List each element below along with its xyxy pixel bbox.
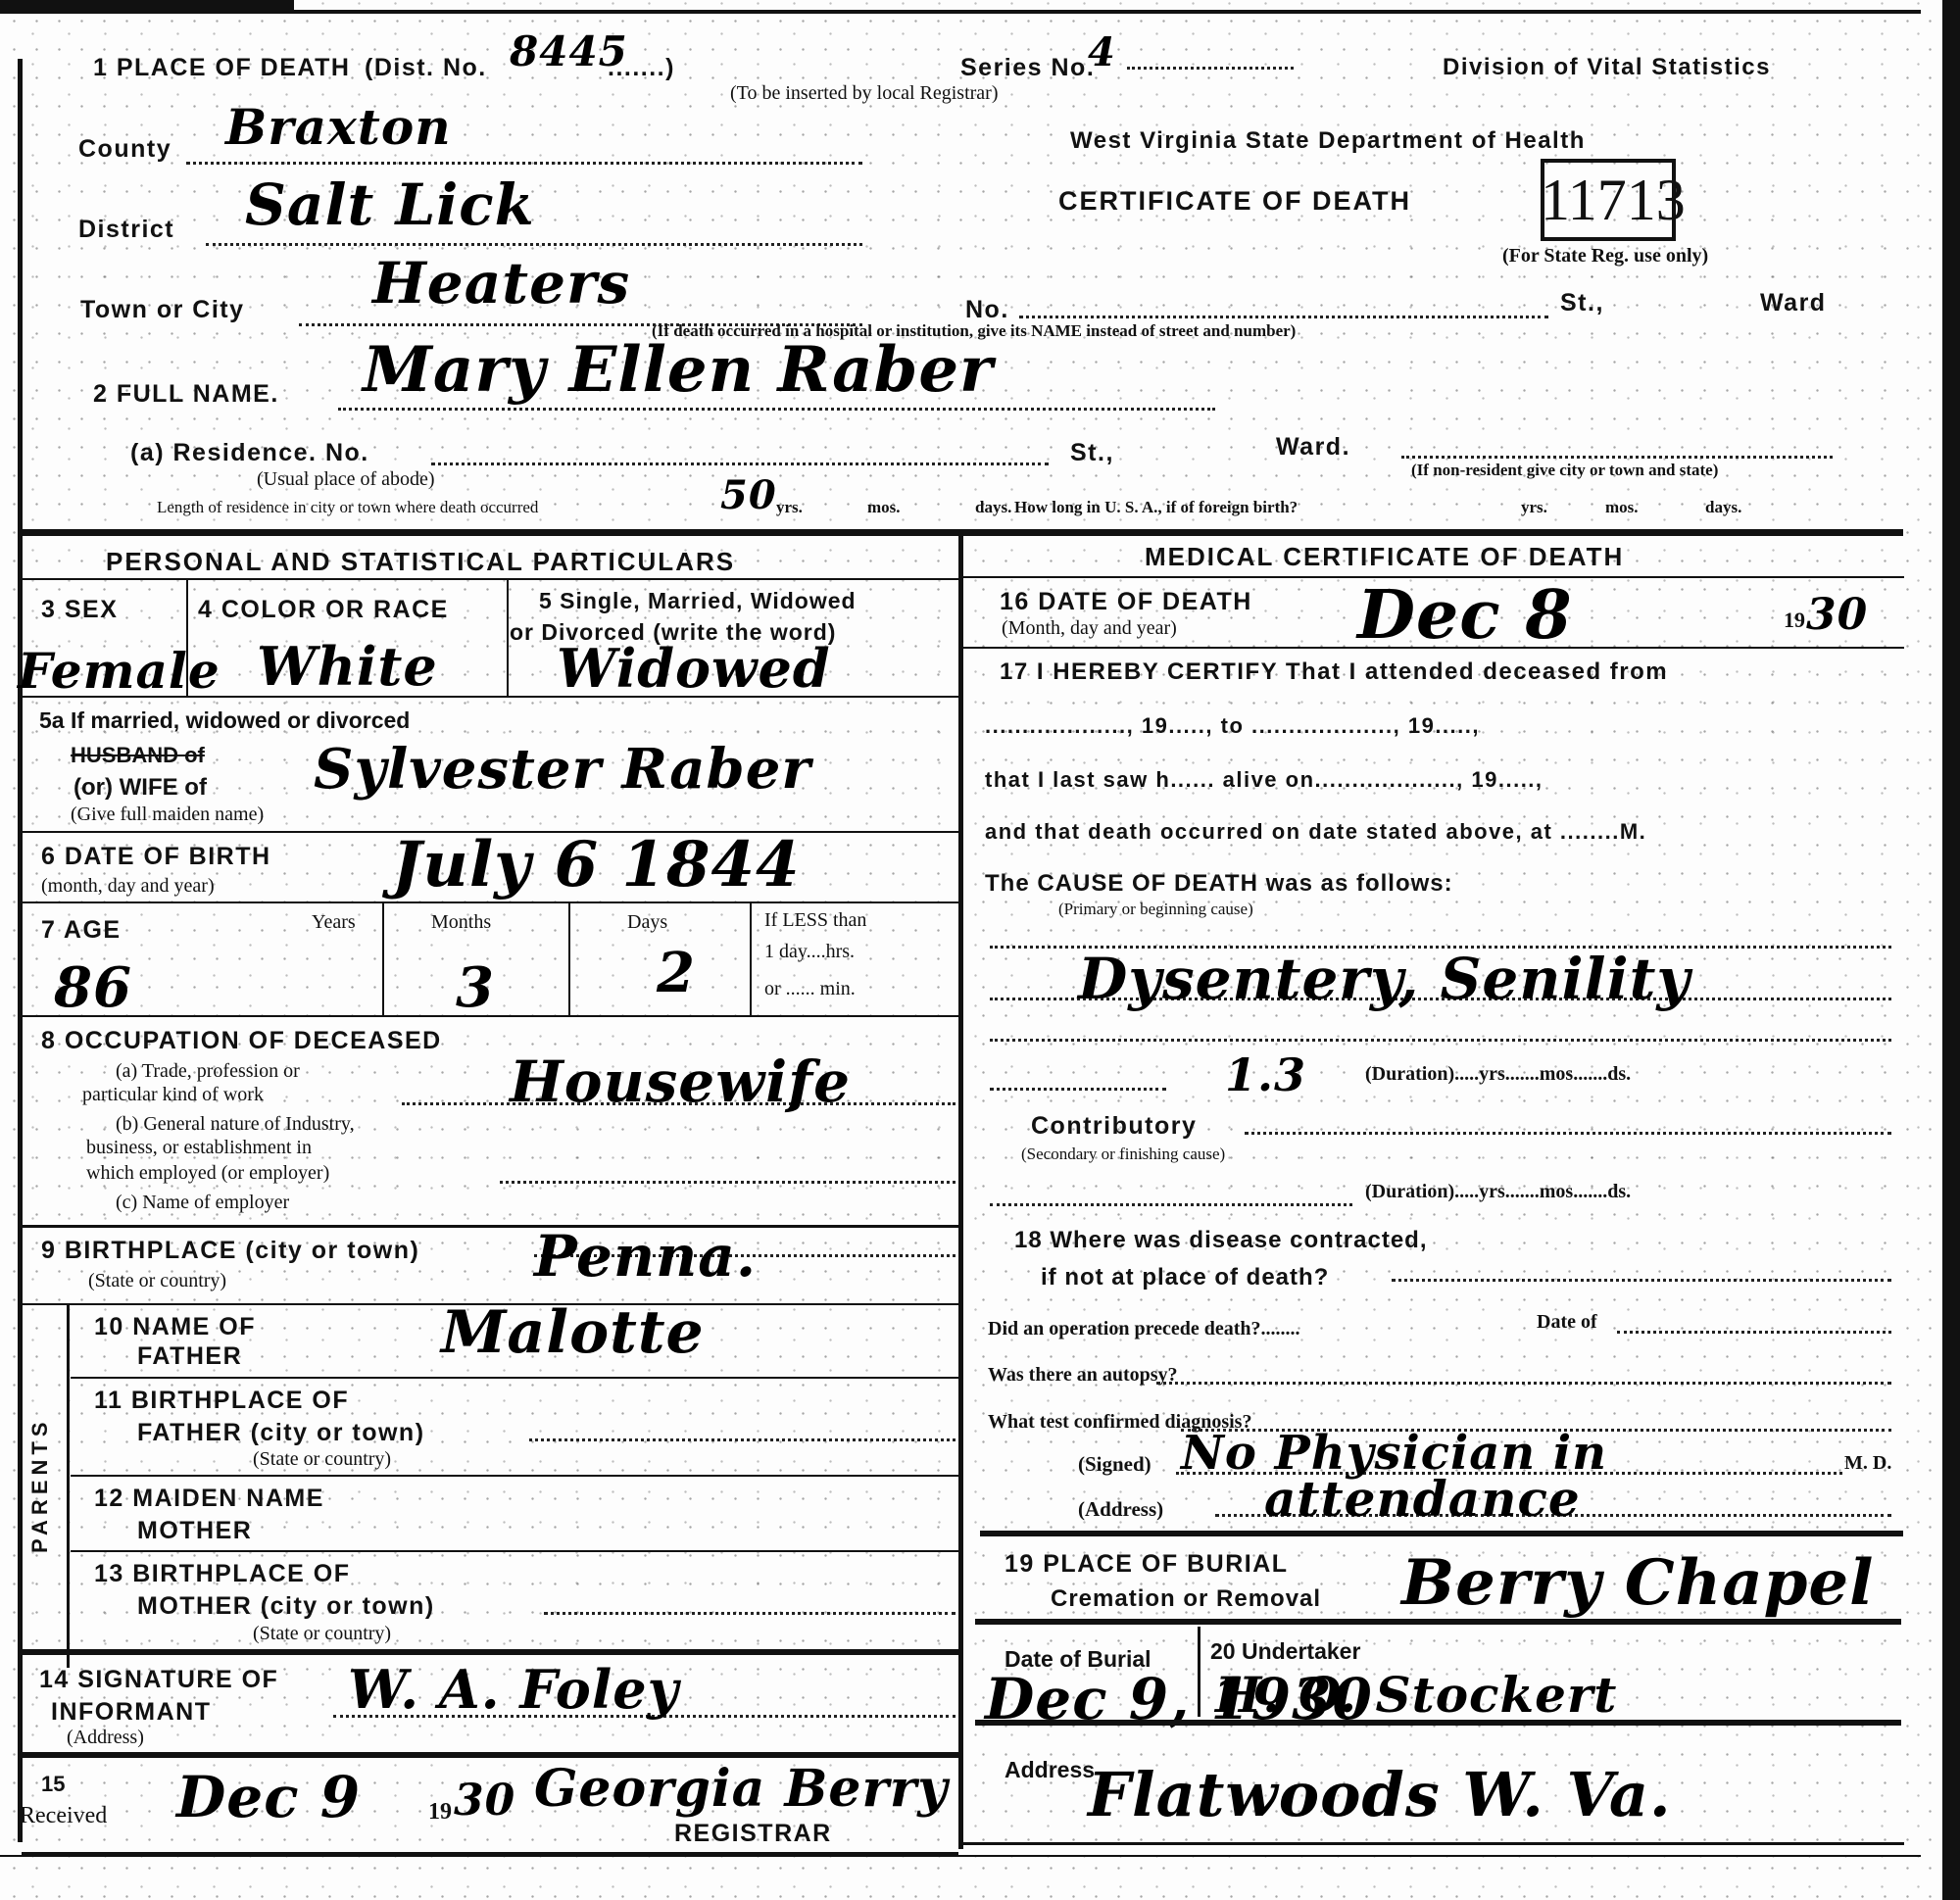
age-days-value: 2 bbox=[657, 941, 696, 1005]
burial-label-1: 19 PLACE OF BURIAL bbox=[1004, 1550, 1289, 1579]
full-name-dots bbox=[338, 408, 1215, 411]
birthplace-value: Penna. bbox=[534, 1223, 757, 1290]
md-label: M. D. bbox=[1844, 1452, 1891, 1475]
medical-section-title: MEDICAL CERTIFICATE OF DEATH bbox=[1145, 542, 1624, 572]
county-dots bbox=[186, 162, 862, 165]
spouse-label-1: 5a If married, widowed or divorced bbox=[39, 707, 410, 734]
center-divider bbox=[958, 536, 963, 1849]
length-residence-label: Length of residence in city or town wher… bbox=[157, 498, 538, 517]
address-label: (Address) bbox=[1078, 1497, 1163, 1522]
birthplace-label: 9 BIRTHPLACE (city or town) bbox=[41, 1237, 419, 1265]
series-dots bbox=[1127, 67, 1294, 70]
mother-bp-dots bbox=[544, 1612, 955, 1615]
rule-heavy bbox=[22, 1752, 958, 1758]
mother-bp-label-2: MOTHER (city or town) bbox=[137, 1592, 435, 1621]
contributory-label: Contributory bbox=[1031, 1112, 1197, 1141]
col-divider bbox=[568, 903, 570, 1016]
less-label-2: 1 day....hrs. bbox=[764, 941, 855, 963]
town-value: Heaters bbox=[372, 250, 630, 317]
burial-value: Berry Chapel bbox=[1401, 1546, 1874, 1620]
length-yrs-label: yrs. bbox=[776, 498, 803, 517]
certify-line-3: that I last saw h...... alive on........… bbox=[985, 767, 1543, 793]
certify-line-2: ..................., 19....., to .......… bbox=[985, 713, 1480, 739]
col-divider bbox=[507, 580, 509, 696]
received-label: Received bbox=[20, 1803, 107, 1829]
birthplace-sub: (State or country) bbox=[88, 1270, 226, 1292]
registrar-note: (To be inserted by local Registrar) bbox=[730, 82, 999, 105]
spouse-label-4: (Give full maiden name) bbox=[71, 804, 264, 826]
mother-bp-label-1: 13 BIRTHPLACE OF bbox=[94, 1560, 351, 1588]
occupation-value: Housewife bbox=[510, 1048, 851, 1115]
marital-label-1: 5 Single, Married, Widowed bbox=[539, 588, 857, 614]
marital-value: Widowed bbox=[557, 637, 831, 700]
dist-no-close: .......) bbox=[608, 54, 675, 82]
certificate-number: 11713 bbox=[1541, 163, 1678, 237]
father-bp-label-2: FATHER (city or town) bbox=[137, 1419, 425, 1447]
county-value: Braxton bbox=[225, 98, 452, 156]
dist-no-label: (Dist. No. bbox=[365, 54, 487, 82]
burial-label-2: Cremation or Removal bbox=[1051, 1585, 1321, 1613]
father-bp-sub: (State or country) bbox=[253, 1448, 391, 1471]
informant-value: W. A. Foley bbox=[348, 1658, 679, 1721]
spouse-value: Sylvester Raber bbox=[314, 737, 811, 802]
duration-label: (Duration).....yrs.......mos.......ds. bbox=[1365, 1063, 1631, 1086]
usa-label: How long in U. S. A., if of foreign birt… bbox=[1014, 498, 1298, 517]
usa-mos-label: mos. bbox=[1605, 498, 1639, 517]
occupation-b-1: (b) General nature of Industry, bbox=[116, 1113, 355, 1136]
rule-heavy bbox=[980, 1531, 1903, 1536]
duration-value: 1.3 bbox=[1225, 1048, 1306, 1101]
scan-edge-top bbox=[0, 0, 294, 10]
signed-label: (Signed) bbox=[1078, 1452, 1151, 1477]
father-name-value: Malotte bbox=[441, 1298, 705, 1367]
rule bbox=[22, 901, 958, 903]
dob-label: 6 DATE OF BIRTH bbox=[41, 843, 271, 871]
occupation-c: (c) Name of employer bbox=[116, 1192, 289, 1214]
contracted-label-2: if not at place of death? bbox=[1041, 1264, 1329, 1291]
left-border bbox=[18, 59, 23, 1842]
spouse-label-2: HUSBAND of bbox=[71, 743, 205, 768]
undertaker-label: 20 Undertaker bbox=[1210, 1638, 1360, 1665]
usa-yrs-label: yrs. bbox=[1521, 498, 1547, 517]
district-value: Salt Lick bbox=[245, 171, 535, 238]
rule bbox=[963, 1842, 1904, 1845]
division-title: Division of Vital Statistics bbox=[1443, 54, 1771, 81]
residence-ward-label: Ward. bbox=[1276, 433, 1350, 462]
father-name-label-2: FATHER bbox=[137, 1342, 242, 1371]
age-years-value: 86 bbox=[54, 955, 132, 1020]
duration2-label: (Duration).....yrs.......mos.......ds. bbox=[1365, 1181, 1631, 1203]
undertaker-address-label: Address bbox=[1004, 1757, 1095, 1783]
rule-heavy bbox=[22, 1649, 958, 1655]
race-label: 4 COLOR OR RACE bbox=[198, 596, 449, 624]
received-year-prefix: 19 bbox=[428, 1799, 452, 1826]
autopsy-label: Was there an autopsy? bbox=[988, 1364, 1178, 1387]
received-year: 30 bbox=[454, 1776, 515, 1826]
usa-days-label: days. bbox=[1705, 498, 1741, 517]
dod-label: 16 DATE OF DEATH bbox=[1000, 588, 1252, 616]
series-label: Series No. bbox=[960, 54, 1095, 82]
dob-value: July 6 1844 bbox=[392, 828, 801, 901]
age-months-label: Months bbox=[431, 911, 491, 934]
death-certificate: 1 PLACE OF DEATH (Dist. No. 8445 .......… bbox=[0, 0, 1960, 1900]
rule bbox=[22, 1225, 958, 1228]
mother-name-label-1: 12 MAIDEN NAME bbox=[94, 1485, 324, 1513]
residence-label: (a) Residence. No. bbox=[130, 439, 369, 467]
length-days-label: days. bbox=[975, 498, 1011, 517]
top-rule bbox=[0, 10, 1921, 14]
rule bbox=[71, 1377, 958, 1379]
father-bp-dots bbox=[529, 1438, 955, 1441]
duration-dots bbox=[990, 1088, 1166, 1091]
bottom-rule bbox=[0, 1855, 1921, 1857]
undertaker-address-value: Flatwoods W. Va. bbox=[1088, 1759, 1672, 1830]
informant-label-2: INFORMANT bbox=[51, 1698, 211, 1727]
district-label: District bbox=[78, 216, 174, 244]
rule bbox=[22, 1015, 958, 1017]
operation-date-label: Date of bbox=[1537, 1311, 1597, 1334]
certify-line-1: 17 I HEREBY CERTIFY That I attended dece… bbox=[1000, 658, 1668, 686]
col-divider bbox=[750, 903, 752, 1016]
informant-label-1: 14 SIGNATURE OF bbox=[39, 1666, 278, 1694]
cause-dots-3 bbox=[990, 1039, 1891, 1042]
rule bbox=[22, 578, 958, 580]
address-st-label: St., bbox=[1560, 289, 1604, 317]
county-label: County bbox=[78, 135, 171, 164]
address-value: attendance bbox=[1264, 1470, 1581, 1528]
father-bp-label-1: 11 BIRTHPLACE OF bbox=[94, 1387, 349, 1415]
rule bbox=[71, 1550, 958, 1552]
age-label: 7 AGE bbox=[41, 916, 122, 945]
duration2-dots bbox=[990, 1203, 1352, 1206]
occupation-label: 8 OCCUPATION OF DECEASED bbox=[41, 1027, 442, 1055]
residence-ward-dots bbox=[1401, 456, 1833, 459]
rule bbox=[71, 1475, 958, 1477]
occupation-b-3: which employed (or employer) bbox=[86, 1162, 329, 1185]
race-value: White bbox=[257, 635, 438, 698]
col-divider bbox=[382, 903, 384, 1016]
rule bbox=[22, 696, 958, 698]
parents-label: PARENTS bbox=[27, 1418, 53, 1554]
dod-year-prefix: 19 bbox=[1784, 608, 1805, 633]
length-residence-years: 50 bbox=[720, 472, 777, 518]
sex-label: 3 SEX bbox=[41, 596, 118, 624]
section-rule bbox=[22, 529, 1903, 536]
contracted-dots bbox=[1392, 1279, 1891, 1282]
spouse-label-3: (or) WIFE of bbox=[73, 774, 207, 802]
department-title: West Virginia State Department of Health bbox=[1070, 127, 1586, 155]
sex-value: Female bbox=[18, 642, 220, 700]
contributory-dots bbox=[1245, 1132, 1891, 1135]
abode-note: (Usual place of abode) bbox=[257, 468, 435, 491]
less-label-3: or ...... min. bbox=[764, 978, 856, 1000]
dod-sub: (Month, day and year) bbox=[1002, 617, 1177, 640]
nonresident-note: (If non-resident give city or town and s… bbox=[1411, 461, 1718, 480]
mother-name-label-2: MOTHER bbox=[137, 1517, 252, 1545]
contracted-label-1: 18 Where was disease contracted, bbox=[1014, 1227, 1428, 1254]
cause-label: The CAUSE OF DEATH was as follows: bbox=[985, 870, 1453, 898]
item1-label: 1 PLACE OF DEATH bbox=[93, 54, 350, 82]
autopsy-dots bbox=[1156, 1382, 1891, 1385]
contributory-sub: (Secondary or finishing cause) bbox=[1021, 1145, 1225, 1164]
full-name-value: Mary Ellen Raber bbox=[363, 333, 994, 407]
district-dots bbox=[206, 243, 862, 246]
father-name-label-1: 10 NAME OF bbox=[94, 1313, 256, 1341]
certificate-title: CERTIFICATE OF DEATH bbox=[1058, 186, 1411, 217]
received-date: Dec 9 bbox=[176, 1764, 361, 1830]
occupation-a-2: particular kind of work bbox=[82, 1084, 264, 1106]
industry-dots bbox=[500, 1181, 955, 1184]
age-days-label: Days bbox=[627, 911, 667, 934]
occupation-a-1: (a) Trade, profession or bbox=[116, 1060, 300, 1083]
occupation-b-2: business, or establishment in bbox=[86, 1137, 312, 1159]
registrar-name: Georgia Berry bbox=[534, 1759, 949, 1819]
series-value: 4 bbox=[1088, 29, 1116, 75]
address-no-dots bbox=[1019, 316, 1548, 318]
address-ward-label: Ward bbox=[1760, 289, 1827, 317]
mother-bp-sub: (State or country) bbox=[253, 1623, 391, 1645]
town-label: Town or City bbox=[80, 296, 245, 324]
cause-value: Dysentery, Senility bbox=[1078, 946, 1690, 1012]
state-use-note: (For State Reg. use only) bbox=[1502, 245, 1708, 268]
length-mos-label: mos. bbox=[867, 498, 901, 517]
rule bbox=[963, 647, 1904, 649]
dod-year: 30 bbox=[1806, 590, 1868, 640]
scan-edge-right bbox=[1942, 0, 1960, 1900]
certify-line-4: and that death occurred on date stated a… bbox=[985, 819, 1646, 845]
dod-value: Dec 8 bbox=[1357, 576, 1573, 655]
residence-dots bbox=[431, 463, 1049, 465]
residence-st-label: St., bbox=[1070, 439, 1114, 467]
operation-date-dots bbox=[1617, 1331, 1891, 1334]
received-number: 15 bbox=[41, 1772, 65, 1797]
rule-heavy bbox=[975, 1720, 1901, 1726]
rule-heavy bbox=[975, 1619, 1901, 1625]
registrar-label: REGISTRAR bbox=[674, 1820, 832, 1848]
operation-label: Did an operation precede death?........ bbox=[988, 1318, 1300, 1340]
less-label-1: If LESS than bbox=[764, 909, 866, 932]
dob-sub: (month, day and year) bbox=[41, 875, 215, 898]
age-months-value: 3 bbox=[456, 955, 495, 1020]
personal-section-title: PERSONAL AND STATISTICAL PARTICULARS bbox=[106, 547, 735, 577]
parents-divider bbox=[67, 1305, 70, 1668]
address-no-label: No. bbox=[965, 296, 1009, 324]
full-name-label: 2 FULL NAME. bbox=[93, 380, 279, 409]
cause-sub: (Primary or beginning cause) bbox=[1058, 900, 1253, 919]
undertaker-value: H. O. Stockert bbox=[1215, 1666, 1617, 1724]
informant-sub: (Address) bbox=[67, 1727, 144, 1749]
age-years-label: Years bbox=[312, 911, 356, 934]
